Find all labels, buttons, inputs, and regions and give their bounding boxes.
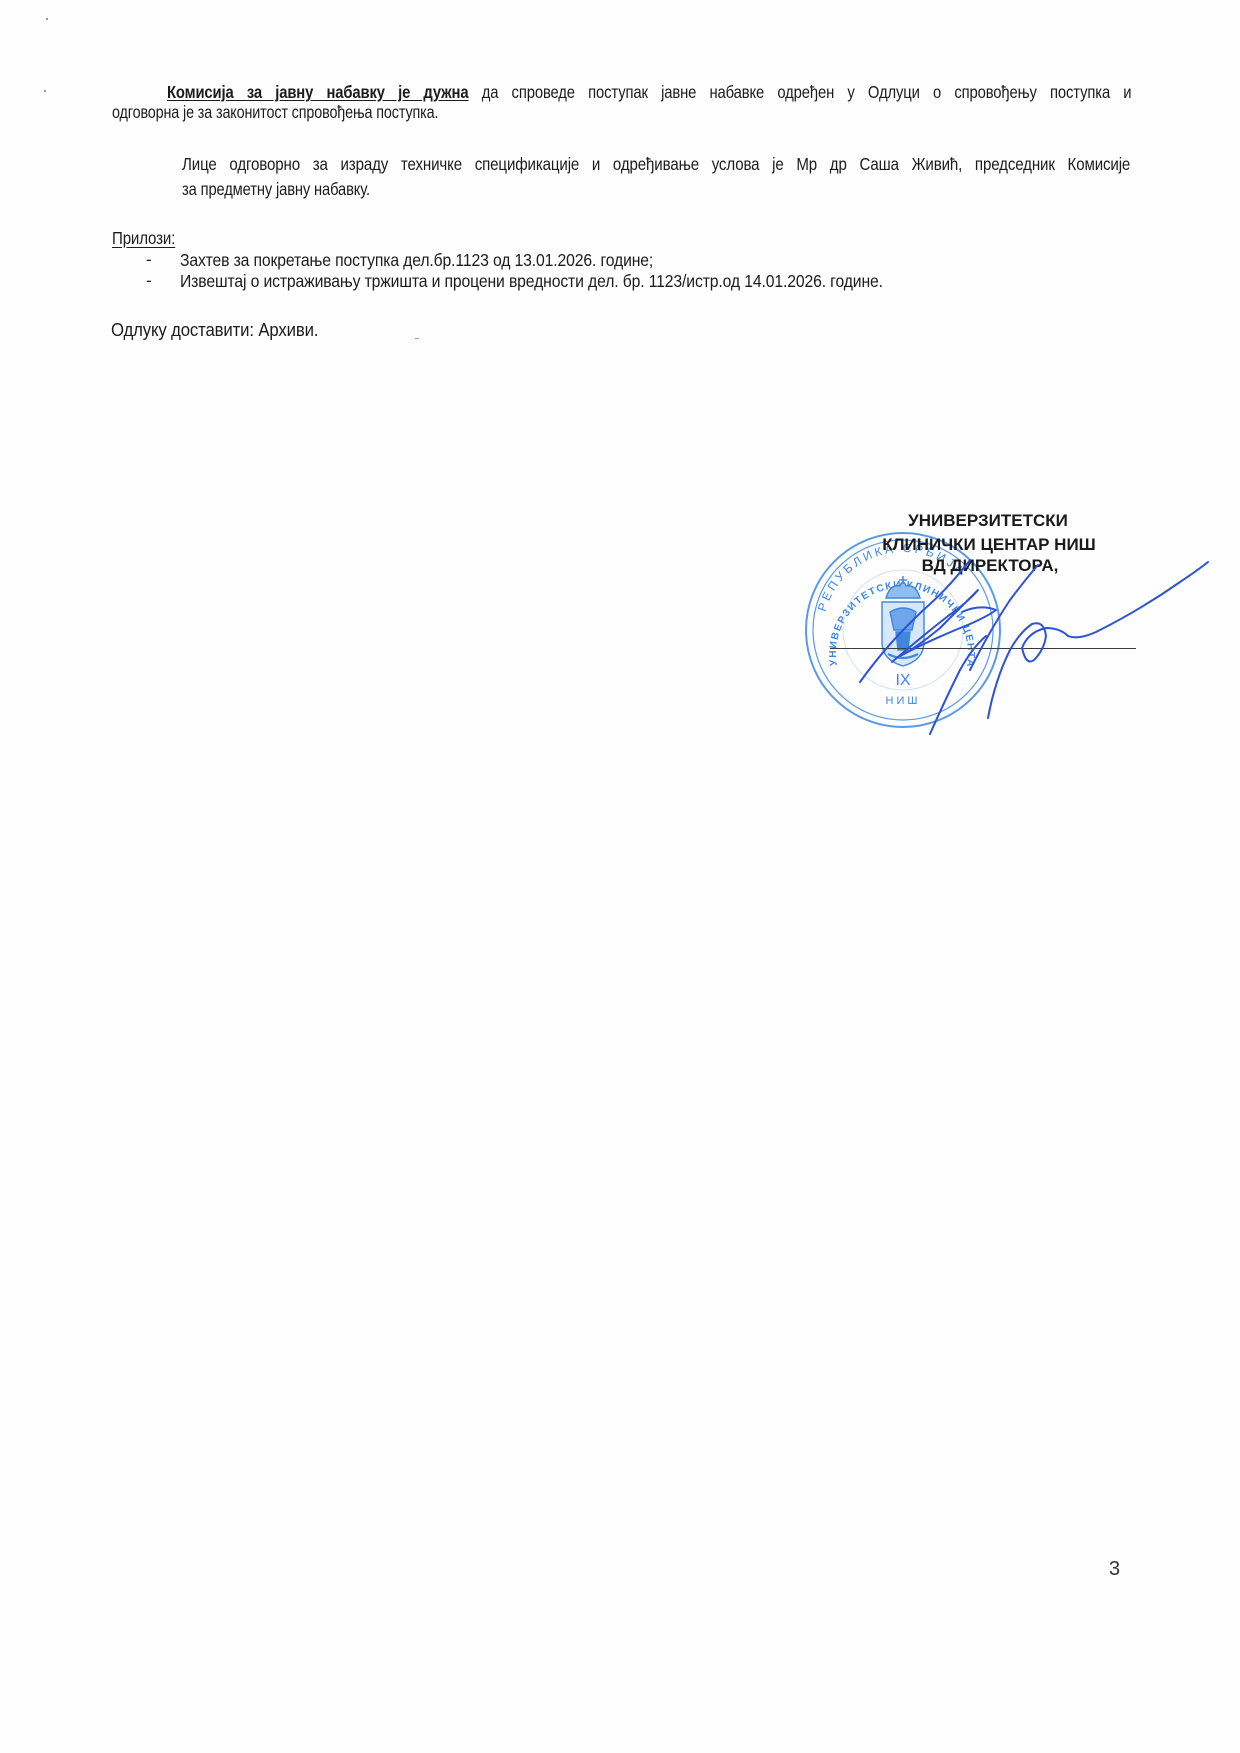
handwritten-signature xyxy=(820,520,1220,750)
attachment-bullet: - xyxy=(146,250,152,270)
scan-artifact xyxy=(46,18,48,20)
attachment-item-1: Захтев за покретање поступка дел.бр.1123… xyxy=(180,250,653,270)
document-page: Комисија за јавну набавку је дужна да сп… xyxy=(0,0,1240,1753)
attachment-item-2: Извештај о истраживању тржишта и процени… xyxy=(180,271,883,291)
attachments-heading: Прилози: xyxy=(112,228,175,248)
paragraph-1-line-2: одговорна је за законитост спровођења по… xyxy=(112,102,438,122)
committee-obligation-emphasis: Комисија за јавну набавку је дужна xyxy=(167,82,468,102)
paragraph-1-line-1: Комисија за јавну набавку је дужна да сп… xyxy=(167,82,1131,102)
attachment-bullet: - xyxy=(146,271,152,291)
scan-artifact xyxy=(44,90,46,92)
scan-artifact xyxy=(415,338,419,339)
paragraph-1-line-1-text: да спроведе поступак јавне набавке одређ… xyxy=(468,82,1131,102)
page-number: 3 xyxy=(1109,1558,1120,1580)
paragraph-2-line-1-text: Лице одговорно за израду техничке специф… xyxy=(182,154,1130,174)
paragraph-2-line-1: Лице одговорно за израду техничке специф… xyxy=(182,154,1130,174)
delivery-note: Одлуку доставити: Архиви. xyxy=(111,320,318,340)
paragraph-2-line-2: за предметну јавну набавку. xyxy=(182,179,370,199)
